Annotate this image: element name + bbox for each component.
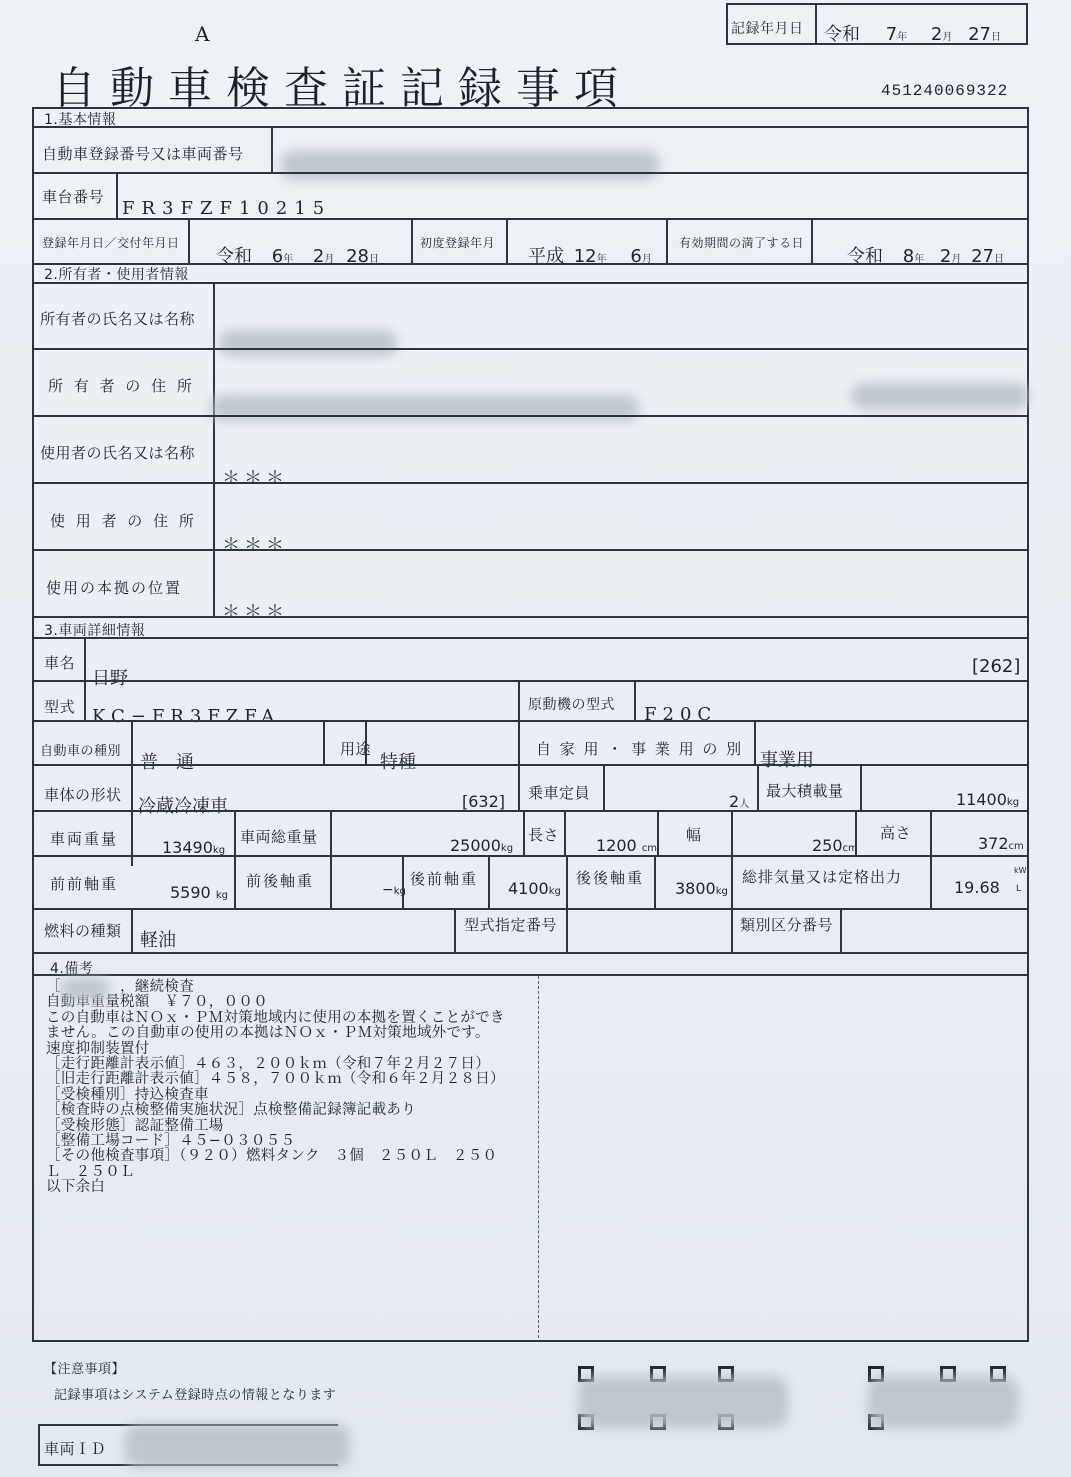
- capacity-unit: 人: [739, 799, 749, 810]
- max-load-value: 11400: [956, 790, 1007, 809]
- expiry-label: 有効期間の満了する日: [679, 234, 804, 251]
- owner-address-redacted: [210, 395, 640, 421]
- month: 2: [931, 24, 942, 45]
- registration-number-redacted: [280, 150, 660, 180]
- gross-weight-value: 25000: [450, 836, 501, 855]
- max-load-label: 最大積載量: [766, 780, 844, 801]
- length: 1200 cm: [596, 836, 657, 855]
- capacity-value: 2: [729, 792, 739, 811]
- day: 27: [968, 24, 991, 45]
- rr-axle-label: 後後軸重: [576, 867, 644, 888]
- vehicle-type: 普 通: [140, 748, 194, 774]
- fuel: 軽油: [140, 926, 176, 952]
- displacement-unit-kw: kW: [1014, 866, 1027, 875]
- record-date: 令和 7年 2月 27日: [824, 20, 1001, 46]
- user-name-label: 使用者の氏名又は名称: [40, 442, 195, 463]
- remark-line: ［受検形態］認証整備工場: [46, 1119, 505, 1134]
- model: KC−FR3FZFA: [92, 706, 280, 727]
- notes-heading: 【注意事項】: [44, 1358, 125, 1377]
- kg-unit: kg: [549, 886, 561, 897]
- year-unit: 年: [897, 32, 907, 43]
- length-value: 1200: [596, 836, 637, 855]
- rf-axle: 4100kg: [508, 879, 561, 898]
- fr-axle-label: 前後軸重: [246, 870, 314, 891]
- vehicle-id-redacted: [125, 1424, 350, 1468]
- section2-heading: 2.所有者・使用者情報: [44, 264, 189, 284]
- car-name: 日野: [92, 664, 128, 690]
- kg-unit: kg: [216, 890, 228, 901]
- remark-line: 速度抑制装置付: [46, 1042, 505, 1057]
- remark-line: ません。この自動車の使用の本拠はＮＯｘ・ＰＭ対策地域外です。: [46, 1026, 505, 1041]
- remark-line: 自動車重量税額 ￥７０，０００: [46, 995, 505, 1010]
- form-letter: A: [195, 22, 209, 46]
- owner-address-label: 所 有 者 の 住 所: [48, 375, 195, 396]
- first-registration-label: 初度登録年月: [420, 234, 495, 251]
- chassis-number-label: 車台番号: [42, 186, 104, 207]
- kg-unit: kg: [1007, 797, 1019, 808]
- displacement-label: 総排気量又は定格出力: [742, 866, 902, 887]
- rf-axle-label: 後前軸重: [410, 868, 478, 889]
- model-label: 型式: [44, 696, 75, 717]
- body-shape: 冷蔵冷凍車: [138, 792, 228, 818]
- remark-line: この自動車はＮＯｘ・ＰＭ対策地域内に使用の本拠を置くことができ: [46, 1011, 505, 1026]
- body-shape-code: [632]: [462, 792, 505, 811]
- rf-axle-value: 4100: [508, 879, 549, 898]
- base-location-label: 使用の本拠の位置: [46, 577, 182, 598]
- kg-unit: kg: [394, 886, 406, 897]
- cm-unit: cm: [642, 843, 657, 854]
- remarks-column-divider: [538, 976, 539, 1338]
- height-label: 高さ: [880, 822, 911, 843]
- remark-line: ［その他検査事項］（９２０）燃料タンク ３個 ２５０Ｌ ２５０: [46, 1149, 505, 1164]
- use: 特種: [380, 748, 416, 774]
- month-unit: 月: [942, 32, 952, 43]
- day-unit: 日: [991, 32, 1001, 43]
- ff-axle: 5590 kg: [170, 883, 228, 902]
- registration-number-label: 自動車登録番号又は車両番号: [42, 143, 244, 164]
- kg-unit: kg: [716, 886, 728, 897]
- private-business: 事業用: [760, 746, 814, 772]
- ff-axle-label: 前前軸重: [50, 873, 118, 894]
- remark-line: ［旧走行距離計表示値］４５８，７００ｋｍ（令和６年２月２８日）: [46, 1072, 505, 1087]
- record-date-label: 記録年月日: [731, 18, 804, 38]
- document-number: 451240069322: [881, 82, 1008, 100]
- category-number-label: 類別区分番号: [740, 914, 833, 935]
- width: 250cm: [812, 836, 858, 855]
- inspection-certificate-page: A 自動車検査証記録事項 記録年月日 令和 7年 2月 27日 45124006…: [0, 0, 1071, 1477]
- user-name-value: ＊＊＊: [222, 464, 288, 490]
- qr-code-redacted: [578, 1376, 788, 1428]
- era: 令和: [824, 24, 860, 45]
- ff-axle-value: 5590: [170, 883, 211, 902]
- remark-line: Ｌ ２５０Ｌ: [46, 1165, 505, 1180]
- remark-redacted: [60, 978, 110, 1000]
- displacement: 19.68: [954, 878, 1000, 897]
- remark-line: 以下余白: [46, 1180, 505, 1195]
- gross-weight-label: 車両総重量: [240, 826, 318, 847]
- fuel-label: 燃料の種類: [44, 920, 122, 941]
- vehicle-id-label: 車両ＩＤ: [44, 1438, 106, 1459]
- max-load: 11400kg: [956, 790, 1019, 809]
- gross-weight: 25000kg: [450, 836, 513, 855]
- height-value: 372: [978, 834, 1009, 853]
- remark-line: ［受検種別］持込検査車: [46, 1088, 505, 1103]
- kg-unit: kg: [501, 843, 513, 854]
- rr-axle-value: 3800: [675, 879, 716, 898]
- year: 7: [886, 24, 897, 45]
- fr-axle-value: −: [382, 882, 394, 898]
- private-business-label: 自 家 用 ・ 事 業 用 の 別: [536, 738, 743, 759]
- owner-name-redacted: [218, 330, 398, 356]
- remarks-list: ［ ，継続検査 自動車重量税額 ￥７０，０００ この自動車はＮＯｘ・ＰＭ対策地域…: [46, 980, 505, 1196]
- user-address-value: ＊＊＊: [222, 531, 288, 557]
- car-name-label: 車名: [44, 652, 75, 673]
- user-address-label: 使 用 者 の 住 所: [50, 510, 197, 531]
- cm-unit: cm: [1009, 841, 1024, 852]
- chassis-number: FR3FZF10215: [122, 198, 331, 219]
- rr-axle: 3800kg: [675, 879, 728, 898]
- vehicle-type-label: 自動車の種別: [40, 740, 121, 759]
- owner-address-redacted-2: [850, 383, 1030, 409]
- length-label: 長さ: [528, 824, 559, 845]
- body-shape-label: 車体の形状: [44, 784, 122, 805]
- qr-code-redacted: [868, 1376, 1018, 1428]
- engine-model-label: 原動機の型式: [528, 694, 615, 714]
- car-name-code: [262]: [972, 656, 1020, 677]
- registration-date-label: 登録年月日／交付年月日: [42, 234, 180, 251]
- notes-text: 記録事項はシステム登録時点の情報となります: [54, 1384, 336, 1403]
- displacement-unit-l: L: [1016, 884, 1021, 894]
- vehicle-weight-label: 車両重量: [50, 828, 118, 849]
- remark-line: ［検査時の点検整備実施状況］点検整備記録簿記載あり: [46, 1103, 505, 1118]
- width-label: 幅: [686, 824, 702, 845]
- type-designation-label: 型式指定番号: [464, 914, 557, 935]
- capacity-label: 乗車定員: [528, 782, 590, 803]
- capacity: 2人: [729, 792, 749, 811]
- owner-name-label: 所有者の氏名又は名称: [40, 308, 195, 329]
- width-value: 250: [812, 836, 843, 855]
- base-location-value: ＊＊＊: [222, 598, 288, 624]
- height: 372cm: [978, 834, 1024, 853]
